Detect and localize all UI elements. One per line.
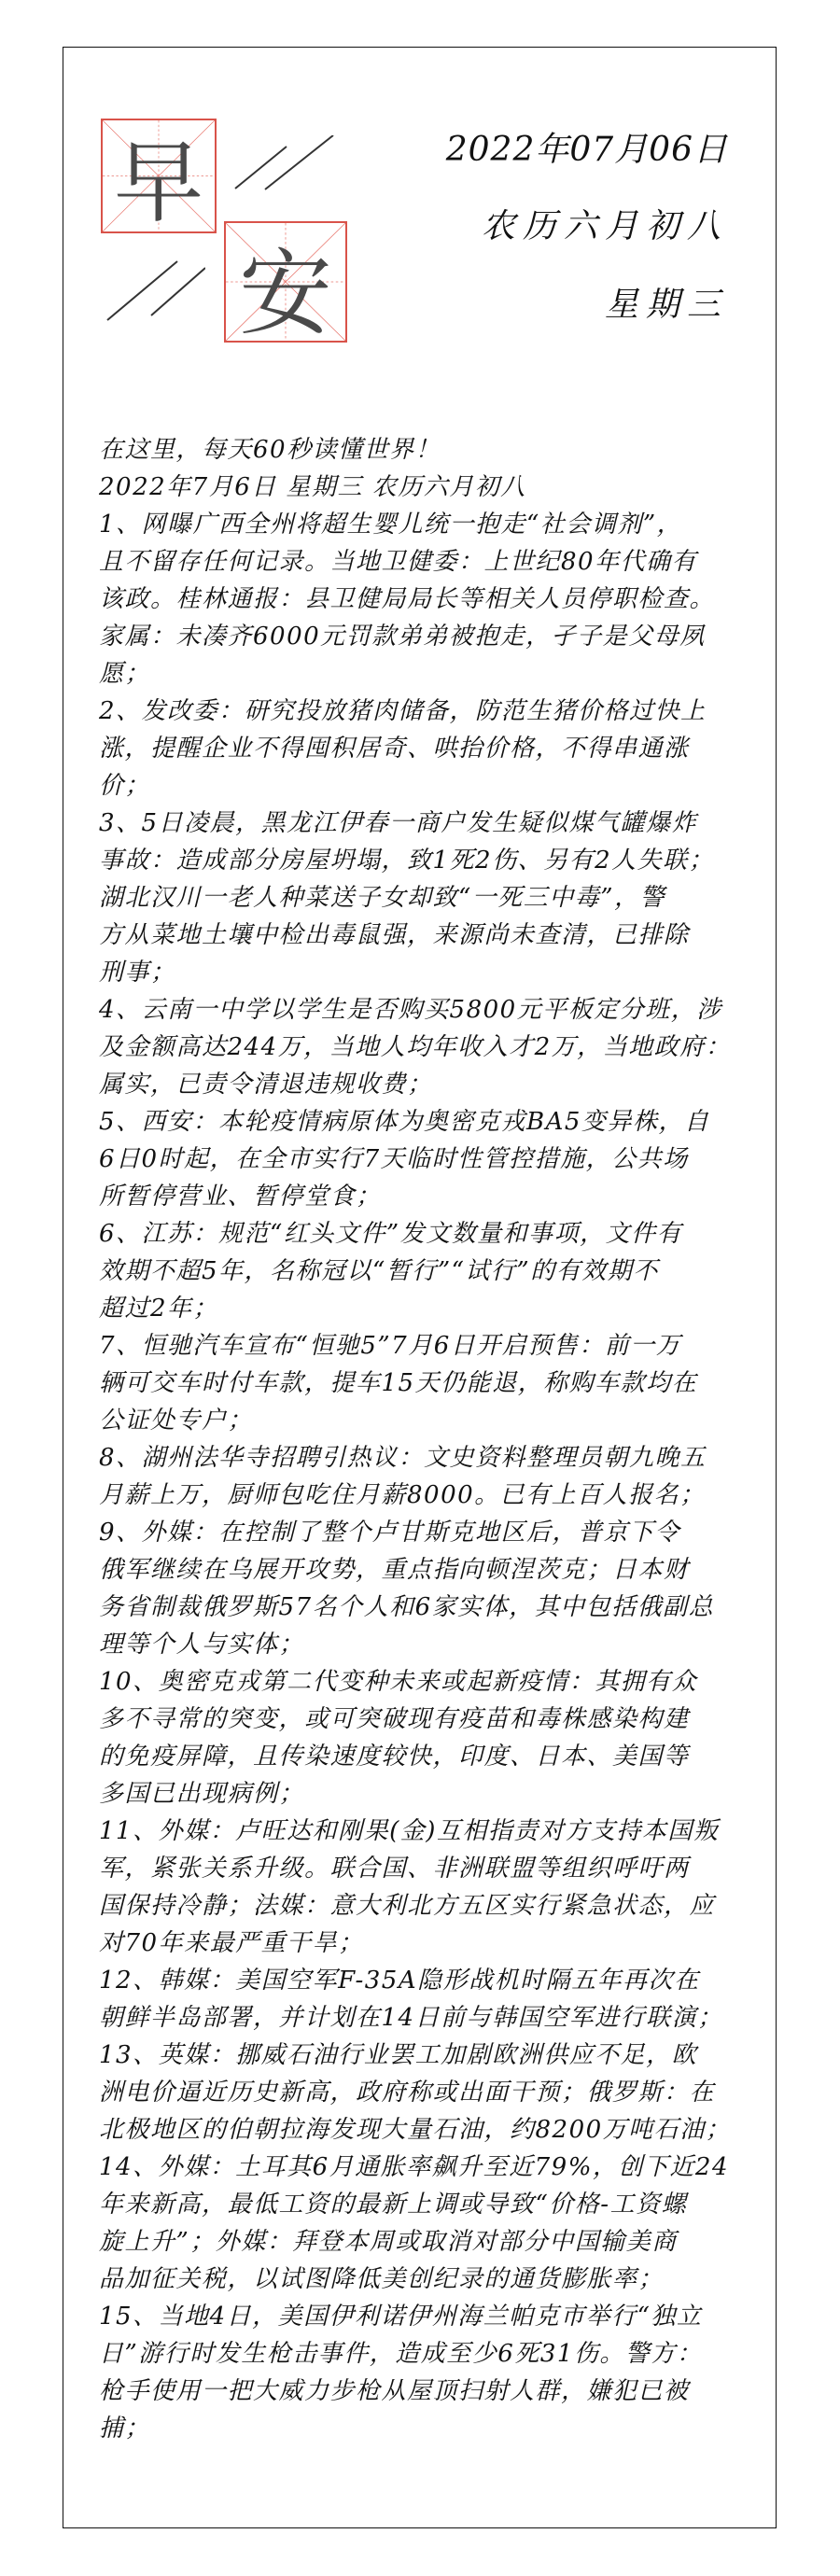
body-line: 13、英媒：挪威石油行业罢工加剧欧洲供应不足，欧 <box>99 2037 752 2074</box>
body-line: 辆可交车时付车款，提车15天仍能退，称购车款均在 <box>99 1365 752 1402</box>
body-line: 效期不超5年，名称冠以“暂行”“试行”的有效期不 <box>99 1253 752 1290</box>
body-line: 5、西安：本轮疫情病原体为奥密克戎BA5变异株，自 <box>99 1103 752 1141</box>
body-line: 12、韩媒：美国空军F-35A隐形战机时隔五年再次在 <box>99 1962 752 1999</box>
body-line: 对70年来最严重干旱； <box>99 1925 752 1962</box>
lunar-date: 农历六月初八 <box>446 207 728 246</box>
body-line: 及金额高达244万，当地人均年收入才2万，当地政府： <box>99 1029 752 1066</box>
body-line: 洲电价逼近历史新高，政府称或出面干预；俄罗斯：在 <box>99 2074 752 2111</box>
body-line: 事故：造成部分房屋坍塌，致1死2伤、另有2人失联； <box>99 842 752 879</box>
body-line: 7、恒驰汽车宣布“恒驰5”7月6日开启预售：前一万 <box>99 1327 752 1365</box>
body-line: 捕； <box>99 2410 752 2447</box>
body-line: 且不留存任何记录。当地卫健委：上世纪80年代确有 <box>99 543 752 581</box>
body-line: 所暂停营业、暂停堂食； <box>99 1178 752 1215</box>
body-line: 湖北汉川一老人种菜送子女却致“一死三中毒”，警 <box>99 879 752 917</box>
body-line: 涨，提醒企业不得囤积居奇、哄抬价格，不得串通涨 <box>99 730 752 767</box>
weekday: 星期三 <box>446 286 728 325</box>
body-line: 2、发改委：研究投放猪肉储备，防范生猪价格过快上 <box>99 693 752 730</box>
body-line: 属实，已责令清退违规收费； <box>99 1066 752 1103</box>
body-line: 该政。桂林通报：县卫健局局长等相关人员停职检查。 <box>99 581 752 618</box>
body-line: 朝鲜半岛部署，并计划在14日前与韩国空军进行联演； <box>99 1999 752 2037</box>
body-line: 方从菜地土壤中检出毒鼠强，来源尚未查清，已排除 <box>99 917 752 954</box>
grid-box-an: 安 <box>224 221 347 343</box>
body-line: 刑事； <box>99 954 752 991</box>
body-line: 旋上升”；外媒：拜登本周或取消对部分中国输美商 <box>99 2223 752 2261</box>
body-line: 6、江苏：规范“红头文件”发文数量和事项，文件有 <box>99 1215 752 1253</box>
body-line: 10、奥密克戎第二代变种未来或起新疫情：其拥有众 <box>99 1663 752 1701</box>
gregorian-date: 2022年07月06日 <box>446 131 728 170</box>
grid-box-zao: 早 <box>101 119 217 233</box>
body-line: 2022年7月6日 星期三 农历六月初八 <box>99 469 752 506</box>
body-line: 年来新高，最低工资的最新上调或导致“价格-工资螺 <box>99 2186 752 2223</box>
body-line: 多不寻常的突变，或可突破现有疫苗和毒株感染构建 <box>99 1701 752 1738</box>
body-line: 多国已出现病例； <box>99 1775 752 1813</box>
body-line: 11、外媒：卢旺达和刚果(金)互相指责对方支持本国叛 <box>99 1813 752 1850</box>
body-line: 国保持冷静；法媒：意大利北方五区实行紧急状态，应 <box>99 1887 752 1925</box>
body-line: 在这里，每天60秒读懂世界！ <box>99 431 752 469</box>
body-line: 理等个人与实体； <box>99 1626 752 1663</box>
body-line: 8、湖州法华寺招聘引热议：文史资料整理员朝九晚五 <box>99 1439 752 1477</box>
body-line: 家属：未凑齐6000元罚款弟弟被抱走，孑子是父母夙 <box>99 618 752 655</box>
body-line: 超过2年； <box>99 1290 752 1327</box>
body-line: 愿； <box>99 655 752 693</box>
body-line: 日”游行时发生枪击事件，造成至少6死31伤。警方： <box>99 2335 752 2373</box>
body-line: 品加征关税，以试图降低美创纪录的通货膨胀率； <box>99 2261 752 2298</box>
body-line: 俄军继续在乌展开攻势，重点指向顿涅茨克；日本财 <box>99 1551 752 1589</box>
greeting-char-zao: 早 <box>103 120 215 231</box>
body-line: 1、网曝广西全州将超生婴儿统一抱走“社会调剂”， <box>99 506 752 543</box>
body-line: 军，紧张关系升级。联合国、非洲联盟等组织呼吁两 <box>99 1850 752 1887</box>
body-line: 价； <box>99 767 752 805</box>
body-line: 月薪上万，厨师包吃住月薪8000。已有上百人报名； <box>99 1477 752 1514</box>
body-line: 15、当地4日，美国伊利诺伊州海兰帕克市举行“独立 <box>99 2298 752 2335</box>
news-body: 在这里，每天60秒读懂世界！ 2022年7月6日 星期三 农历六月初八 1、网曝… <box>99 431 752 2447</box>
body-line: 的免疫屏障，且传染速度较快，印度、日本、美国等 <box>99 1738 752 1775</box>
body-line: 3、5日凌晨，黑龙江伊春一商户发生疑似煤气罐爆炸 <box>99 805 752 842</box>
body-line: 公证处专户； <box>99 1402 752 1439</box>
body-line: 6日0时起，在全市实行7天临时性管控措施，公共场 <box>99 1141 752 1178</box>
body-line: 务省制裁俄罗斯57名个人和6家实体，其中包括俄副总 <box>99 1589 752 1626</box>
double-slash-icon <box>103 247 205 322</box>
double-slash-icon <box>233 135 345 201</box>
body-line: 北极地区的伯朝拉海发现大量石油，约8200万吨石油； <box>99 2111 752 2149</box>
body-line: 枪手使用一把大威力步枪从屋顶扫射人群，嫌犯已被 <box>99 2373 752 2410</box>
body-line: 9、外媒：在控制了整个卢甘斯克地区后，普京下令 <box>99 1514 752 1551</box>
body-line: 4、云南一中学以学生是否购买5800元平板定分班，涉 <box>99 991 752 1029</box>
date-block: 2022年07月06日 农历六月初八 星期三 <box>446 131 728 325</box>
body-line: 14、外媒：土耳其6月通胀率飙升至近79%，创下近24 <box>99 2149 752 2186</box>
greeting-char-an: 安 <box>226 223 345 341</box>
